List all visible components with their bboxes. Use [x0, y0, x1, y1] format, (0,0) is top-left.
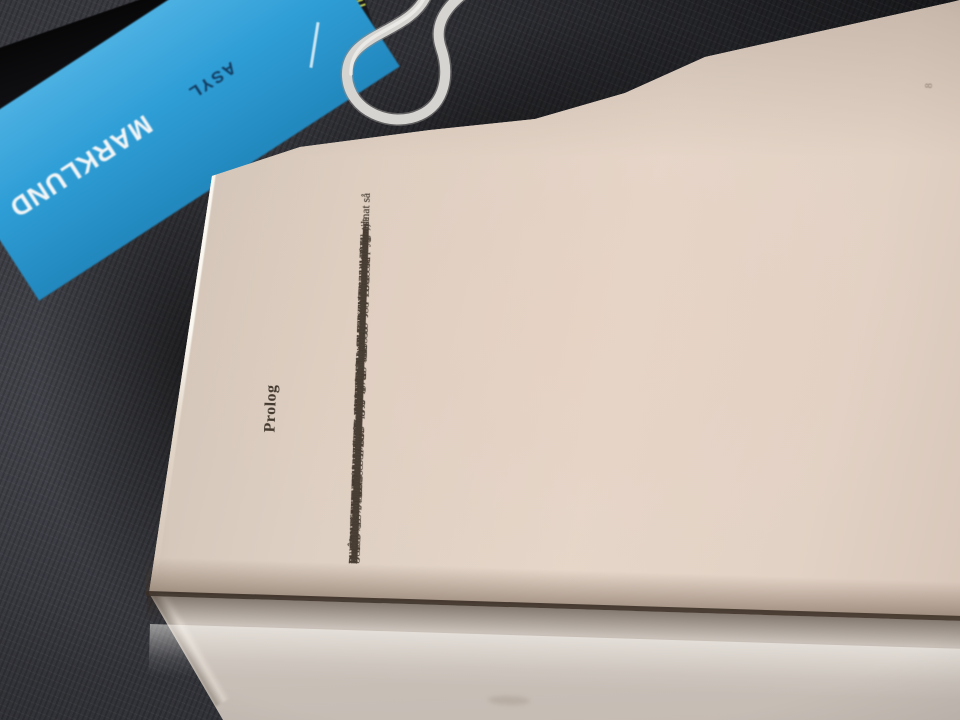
page-number: 8 [924, 83, 935, 88]
body-text: Han havde aldrig kunnet tåle at se blod.… [345, 151, 359, 563]
page-content: Prolog Han havde aldrig kunnet tåle at s… [255, 148, 960, 584]
photo-scene: LUND NOBELS TESTAMENTE MARKLUND ASYL Pro… [0, 0, 960, 720]
